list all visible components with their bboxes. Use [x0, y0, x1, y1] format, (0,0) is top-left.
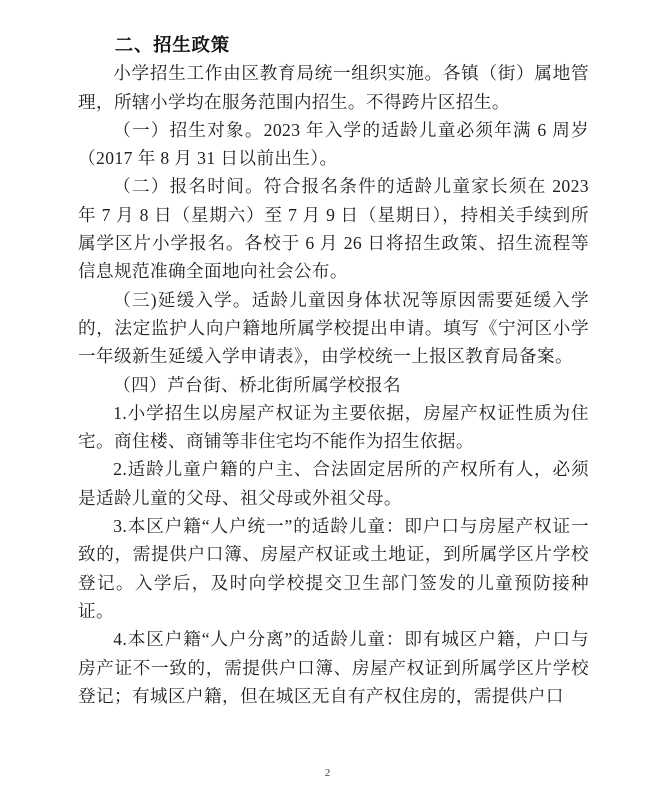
- document-page: 二、招生政策 小学招生工作由区教育局统一组织实施。各镇（街）属地管理，所辖小学均…: [0, 0, 655, 795]
- paragraph-item-4-subheading: （四）芦台街、桥北街所属学校报名: [78, 371, 589, 399]
- paragraph-item-3-deferred-entry: （三)延缓入学。适龄儿童因身体状况等原因需要延缓入学的，法定监护人向户籍地所属学…: [78, 286, 589, 371]
- document-body: 二、招生政策 小学招生工作由区教育局统一组织实施。各镇（街）属地管理，所辖小学均…: [78, 31, 589, 710]
- paragraph-item-1-enrollment-target: （一）招生对象。2023 年入学的适龄儿童必须年满 6 周岁（2017 年 8 …: [78, 116, 589, 173]
- paragraph-intro: 小学招生工作由区教育局统一组织实施。各镇（街）属地管理，所辖小学均在服务范围内招…: [78, 59, 589, 116]
- paragraph-item-2-registration-time: （二）报名时间。符合报名条件的适龄儿童家长须在 2023 年 7 月 8 日（星…: [78, 172, 589, 285]
- paragraph-rule-3: 3.本区户籍“人户统一”的适龄儿童：即户口与房屋产权证一致的，需提供户口簿、房屋…: [78, 512, 589, 625]
- paragraph-rule-4: 4.本区户籍“人户分离”的适龄儿童：即有城区户籍，户口与房产证不一致的，需提供户…: [78, 625, 589, 710]
- paragraph-rule-2: 2.适龄儿童户籍的户主、合法固定居所的产权所有人，必须是适龄儿童的父母、祖父母或…: [78, 455, 589, 512]
- paragraph-rule-1: 1.小学招生以房屋产权证为主要依据，房屋产权证性质为住宅。商住楼、商铺等非住宅均…: [78, 399, 589, 456]
- page-number: 2: [0, 767, 655, 779]
- section-heading: 二、招生政策: [78, 31, 589, 59]
